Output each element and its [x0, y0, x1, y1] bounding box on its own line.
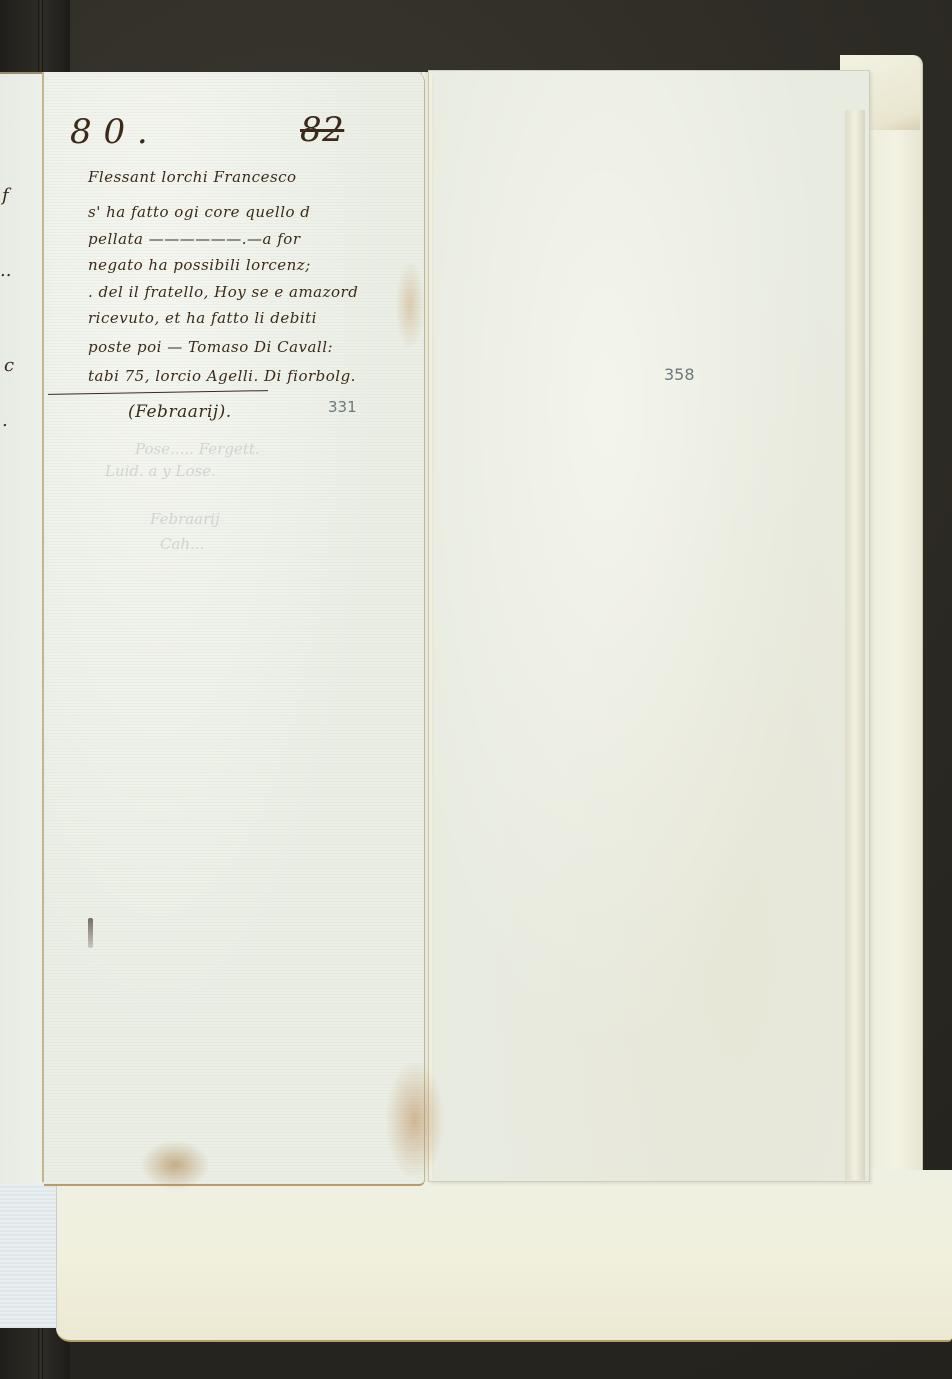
right-page-edge	[845, 110, 865, 1180]
manuscript-line: ricevuto, et ha fatto li debiti	[88, 309, 317, 327]
right-page	[428, 70, 870, 1182]
bleed-through-text: Febraarij	[150, 510, 220, 528]
manuscript-line: negato ha possibili lorcenz;	[88, 256, 311, 274]
edge-fragment: f	[2, 185, 9, 206]
date-note: (Febraarij).	[128, 402, 232, 422]
bleed-through-text: Luid. a y Lose.	[105, 462, 216, 480]
edge-fragment: .	[2, 410, 8, 431]
spine-side-page	[0, 72, 42, 1184]
manuscript-line: . del il fratello, Hoy se e amazord	[88, 283, 358, 301]
ink-mark	[88, 918, 93, 948]
cloth-binding-tape	[0, 1180, 57, 1328]
bleed-through-text: Cah...	[160, 535, 204, 553]
edge-fragment: c	[4, 355, 14, 376]
backing-sheet	[56, 1170, 952, 1342]
pencil-folio-number: 331	[328, 398, 357, 416]
folio-number-corrected: 82	[300, 110, 344, 150]
foxing-stain	[140, 1140, 210, 1190]
bleed-through-text: Pose..... Fergett.	[135, 440, 260, 458]
manuscript-line: poste poi — Tomaso Di Cavall:	[88, 338, 333, 356]
foxing-stain	[385, 1060, 445, 1180]
manuscript-line: s' ha fatto ogi core quello d	[88, 203, 310, 221]
manuscript-line: tabi 75, lorcio Agelli. Di fiorbolg.	[88, 367, 356, 385]
manuscript-line: pellata ——————.—a for	[88, 230, 301, 248]
edge-fragment: ..	[0, 260, 11, 281]
folio-number: 8 0 .	[70, 112, 148, 152]
pencil-folio-number: 358	[664, 365, 695, 384]
foxing-stain	[395, 260, 425, 350]
manuscript-line: Flessant lorchi Francesco	[88, 168, 297, 186]
